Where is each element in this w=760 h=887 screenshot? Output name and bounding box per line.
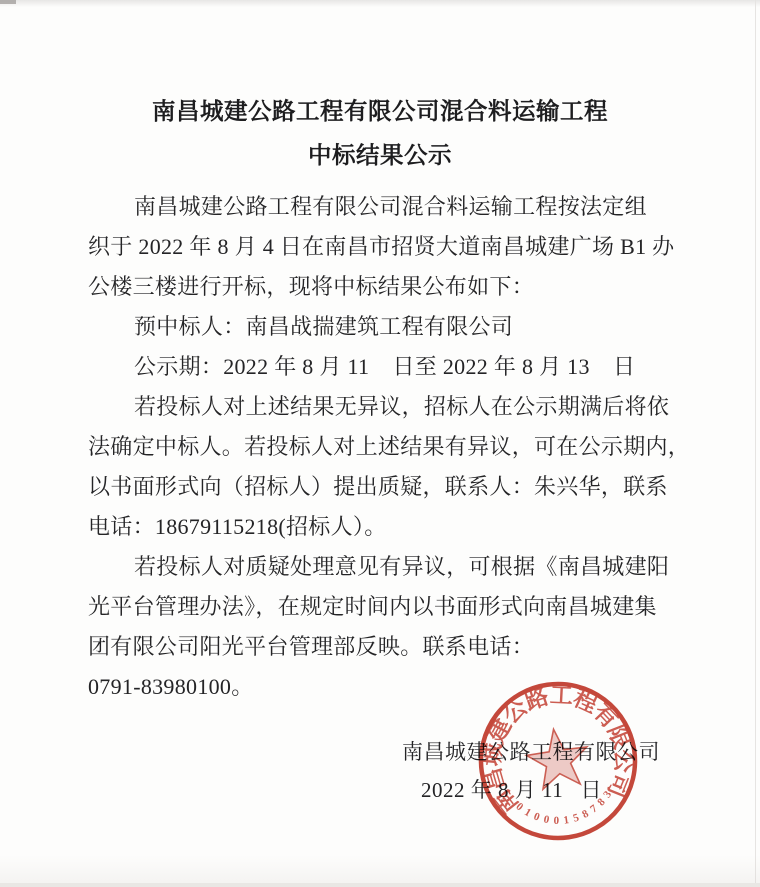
- seal-serial-char: 0: [542, 813, 550, 826]
- seal-serial-char: 5: [572, 811, 581, 824]
- seal-serial-char: 0: [532, 811, 542, 824]
- scan-top-edge: [0, 0, 760, 7]
- seal-serial-char: 8: [580, 808, 591, 821]
- seal-arc-char: 工: [549, 683, 573, 709]
- scan-corner-smudge: [0, 0, 16, 4]
- body-line-publicity-period: 公示期：2022 年 8 月 11 日至 2022 年 8 月 13 日: [88, 347, 672, 387]
- seal-serial-char: 0: [553, 815, 559, 827]
- body-line: 光平台管理办法》，在规定时间内以书面形式向南昌城建集: [88, 587, 672, 627]
- seal-serial-char: 1: [522, 806, 533, 819]
- body-line: 织于 2022 年 8 月 4 日在南昌市招贤大道南昌城建广场 B1 办: [88, 227, 672, 267]
- company-seal: 南昌城建公路工程有限公司01000158783: [467, 670, 650, 853]
- body-line-contact-phone: 电话：18679115218(招标人）。: [88, 507, 672, 547]
- body-line: 以书面形式向（招标人）提出质疑，联系人：朱兴华，联系: [88, 467, 672, 507]
- document-title-line2: 中标结果公示: [88, 134, 672, 178]
- body-line: 法确定中标人。若投标人对上述结果有异议，可在公示期内，: [88, 427, 672, 467]
- body-line: 公楼三楼进行开标，现将中标结果公布如下：: [88, 267, 672, 307]
- body-line: 若投标人对上述结果无异议，招标人在公示期满后将依: [88, 387, 672, 427]
- document-title-line1: 南昌城建公路工程有限公司混合料运输工程: [88, 90, 672, 134]
- star-icon: [523, 725, 591, 791]
- scan-bottom-edge: [0, 883, 760, 887]
- body-paragraphs: 南昌城建公路工程有限公司混合料运输工程按法定组 织于 2022 年 8 月 4 …: [88, 187, 672, 707]
- seal-serial-char: 1: [563, 814, 570, 827]
- body-line: 团有限公司阳光平台管理部反映。联系电话：: [88, 627, 672, 667]
- seal-arc-char: 公: [611, 750, 636, 773]
- body-line-winner: 预中标人：南昌战揣建筑工程有限公司: [88, 307, 672, 347]
- scanned-document-page: 南昌城建公路工程有限公司混合料运输工程 中标结果公示 南昌城建公路工程有限公司混…: [0, 0, 760, 887]
- body-line: 若投标人对质疑处理意见有异议，可根据《南昌城建阳: [88, 547, 672, 587]
- scan-bottom-fade: [0, 855, 760, 883]
- scan-right-edge: [755, 0, 756, 887]
- body-line: 南昌城建公路工程有限公司混合料运输工程按法定组: [88, 187, 672, 227]
- document-body: 南昌城建公路工程有限公司混合料运输工程 中标结果公示 南昌城建公路工程有限公司混…: [88, 90, 672, 707]
